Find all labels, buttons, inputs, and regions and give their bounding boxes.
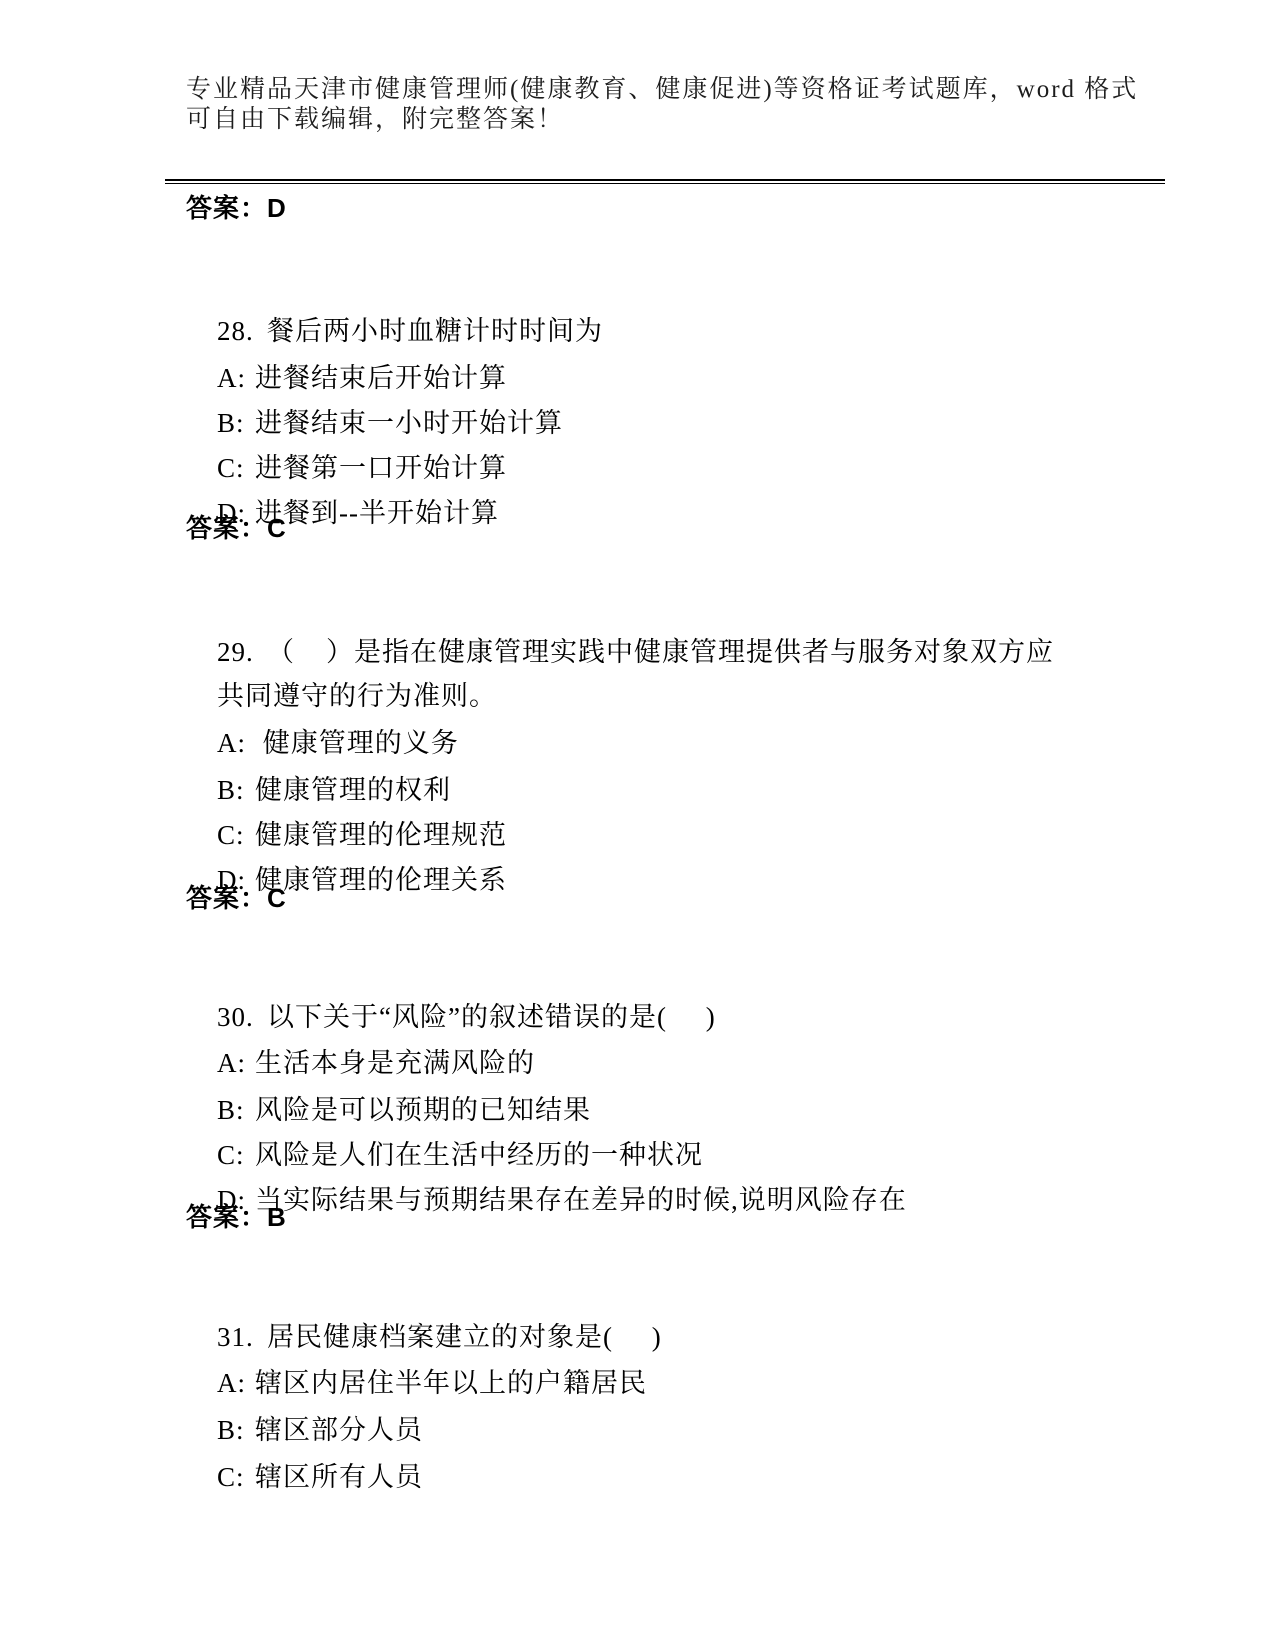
option-text: 进餐到--半开始计算 [255, 498, 499, 528]
document-page: 专业精品天津市健康管理师(健康教育、健康促进)等资格证考试题库，word 格式 … [0, 0, 1275, 1650]
answer-line: 答案：D [186, 194, 287, 223]
option-text: 当实际结果与预期结果存在差异的时候,说明风险存在 [255, 1185, 907, 1215]
answer-line: 答案：B [186, 1203, 287, 1232]
header-line-1: 专业精品天津市健康管理师(健康教育、健康促进)等资格证考试题库，word 格式 [186, 76, 1138, 104]
question-31-option-c: C:辖区所有人员 [186, 1433, 423, 1522]
option-text: 健康管理的伦理关系 [255, 865, 507, 895]
header-line-2: 可自由下载编辑，附完整答案！ [186, 106, 564, 134]
header-rule [165, 179, 1165, 184]
option-text: 辖区所有人员 [255, 1462, 423, 1492]
option-label: C: [217, 1463, 255, 1493]
answer-line: 答案：C [186, 514, 287, 543]
answer-line: 答案：C [186, 884, 287, 913]
question-30-option-d: D:当实际结果与预期结果存在差异的时候,说明风险存在 [186, 1156, 907, 1245]
